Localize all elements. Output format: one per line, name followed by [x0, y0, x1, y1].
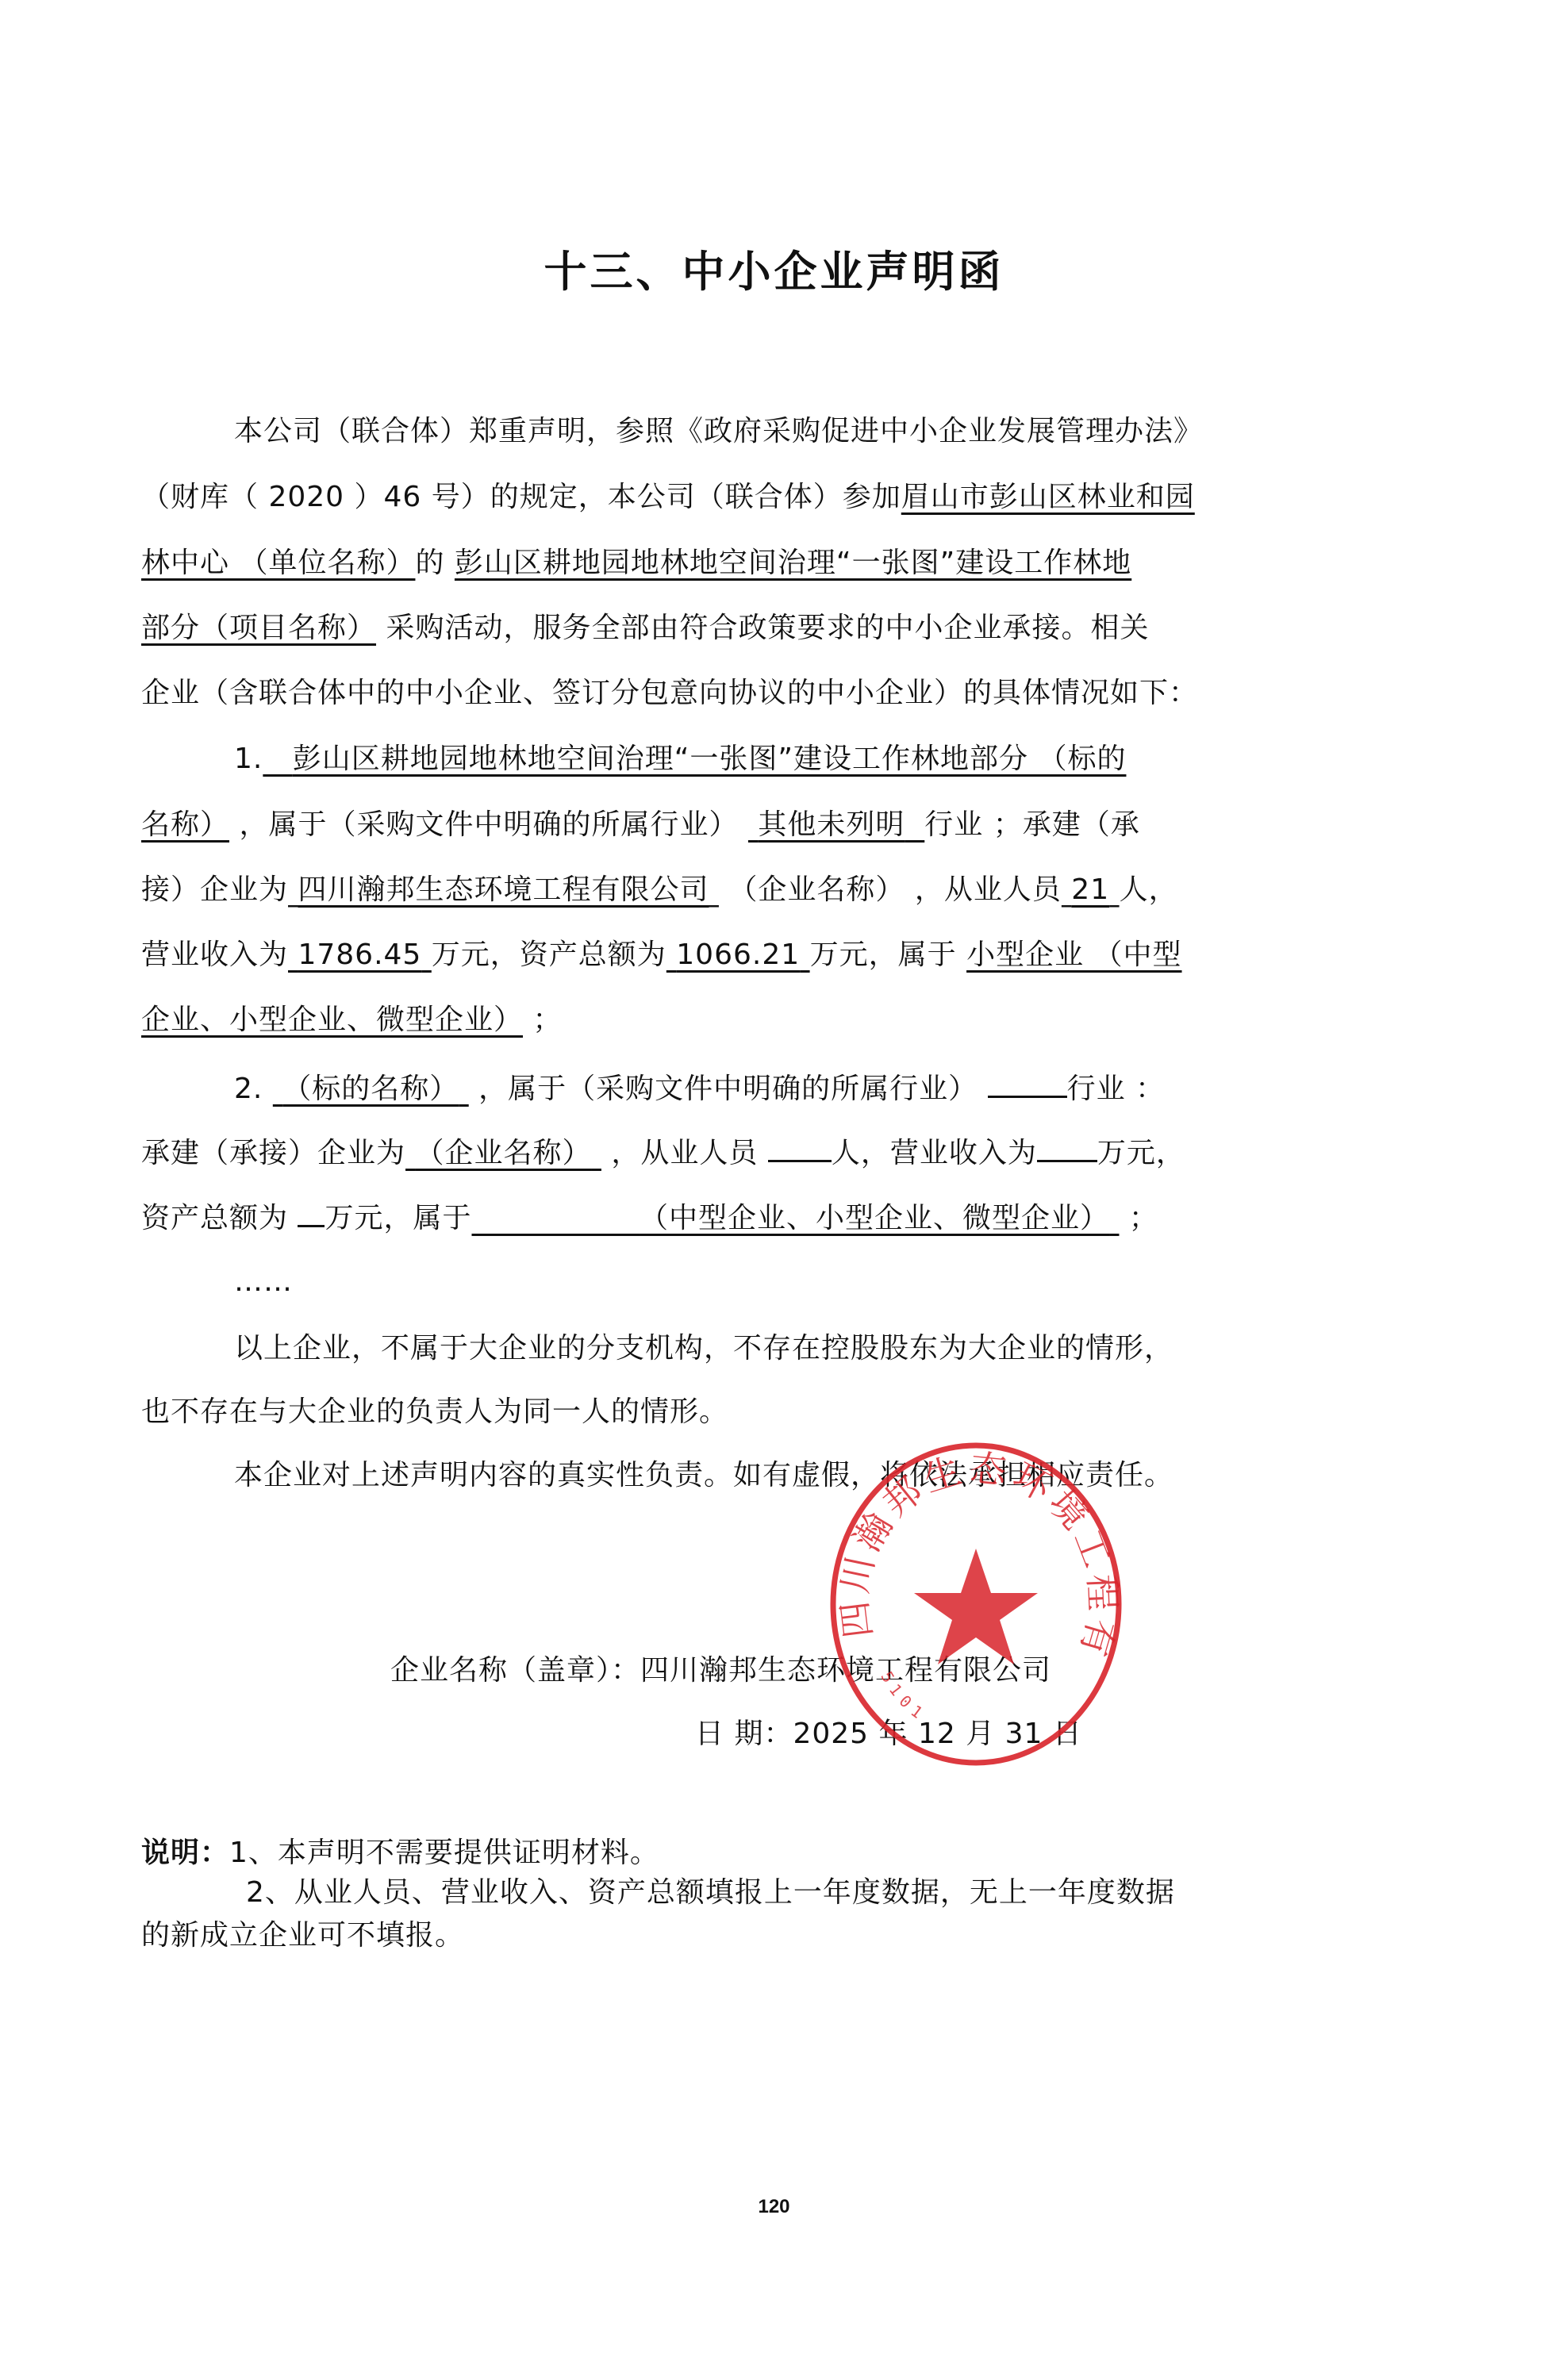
statement1-line-1: 以上企业，不属于大企业的分支机构，不存在控股股东为大企业的情形， — [234, 1330, 1268, 1368]
item2-text: ，从业人员 — [601, 1137, 768, 1169]
date-label: 日 期： — [695, 1718, 793, 1750]
date-value: 2025 年 12 月 31 日 — [793, 1718, 1081, 1750]
item2-subject-placeholder: （标的名称） — [273, 1073, 469, 1105]
intro-line-5: 企业（含联合体中的中小企业、签订分包意向协议的中小企业）的具体情况如下： — [141, 674, 1268, 712]
item2-text: 行业 ： — [1067, 1073, 1165, 1105]
item2-revenue-blank — [1037, 1131, 1097, 1162]
item1-industry-value: 其他未列明 — [758, 808, 905, 841]
project-name-part1: 彭山区耕地园地林地空间治理“一张图”建设工作林地 — [455, 547, 1131, 579]
item1-line-3: 接）企业为 四川瀚邦生态环境工程有限公司 （企业名称） ，从业人员 21 人， — [141, 871, 1268, 909]
item1-company-value: 四川瀚邦生态环境工程有限公司 — [298, 873, 709, 906]
project-name-part2: 部分（项目名称） — [141, 612, 376, 644]
intro-line-1: 本公司（联合体）郑重声明，参照《政府采购促进中小企业发展管理办法》 — [234, 413, 1268, 451]
item2-text: 万元， — [1097, 1137, 1185, 1169]
item1-text: 万元，属于 — [810, 939, 957, 971]
item1-revenue-value: 1786.45 — [298, 939, 421, 971]
note-2-line-2: 的新成立企业可不填报。 — [141, 1917, 1268, 1955]
intro-line-4: 部分（项目名称） 采购活动，服务全部由符合政策要求的中小企业承接。相关 — [141, 609, 1268, 647]
item2-industry-blank — [988, 1067, 1067, 1098]
purchaser-name-part1: 眉山市彭山区林业和园 — [901, 481, 1195, 513]
intro-text: （财库（ 2020 ）46 号）的规定，本公司（联合体）参加 — [141, 481, 901, 513]
item2-line-3: 资产总额为 万元，属于 （中型企业、小型企业、微型企业） ； — [141, 1196, 1268, 1238]
seal-star-icon — [914, 1549, 1038, 1664]
signature-line: 企业名称（盖章）：四川瀚邦生态环境工程有限公司 — [390, 1652, 1051, 1690]
item2-line-2: 承建（承接）企业为 （企业名称） ，从业人员 人，营业收入为万元， — [141, 1131, 1268, 1173]
item2-text: 承建（承接）企业为 — [141, 1137, 405, 1169]
item2-company-text: （企业名称） — [415, 1137, 591, 1169]
item1-text: 营业收入为 — [141, 939, 288, 971]
note-1-text: 1、本声明不需要提供证明材料。 — [229, 1837, 659, 1869]
item2-employees-blank — [768, 1131, 832, 1162]
item1-company: 四川瀚邦生态环境工程有限公司 — [288, 873, 719, 906]
item1-subject-name-end: 名称） — [141, 808, 229, 841]
intro-line-3: 林中心 （单位名称）的 彭山区耕地园地林地空间治理“一张图”建设工作林地 — [141, 544, 1268, 582]
item1-subject-text: 彭山区耕地园地林地空间治理“一张图”建设工作林地部分 （标的 — [293, 743, 1127, 775]
item2-text: ； — [1119, 1202, 1158, 1234]
signature-label: 企业名称（盖章）： — [390, 1654, 640, 1687]
date-line: 日 期：2025 年 12 月 31 日 — [695, 1715, 1082, 1753]
item2-subject-text: （标的名称） — [282, 1073, 459, 1105]
item1-line-1: 1. 彭山区耕地园地林地空间治理“一张图”建设工作林地部分 （标的 — [234, 740, 1268, 778]
statement2: 本企业对上述声明内容的真实性负责。如有虚假，将依法承担相应责任。 — [234, 1457, 1268, 1495]
item2-size-text: （中型企业、小型企业、微型企业） — [640, 1202, 1109, 1234]
item1-text: 万元，资产总额为 — [432, 939, 666, 971]
item1-subject-name: 彭山区耕地园地林地空间治理“一张图”建设工作林地部分 （标的 — [263, 743, 1126, 775]
statement1-line-2: 也不存在与大企业的负责人为同一人的情形。 — [141, 1393, 1268, 1431]
notes-label: 说明： — [141, 1837, 229, 1869]
item1-text: ； — [523, 1004, 562, 1036]
intro-line-2: （财库（ 2020 ）46 号）的规定，本公司（联合体）参加眉山市彭山区林业和园 — [141, 478, 1268, 516]
item2-assets-blank — [298, 1196, 325, 1227]
item1-line-5: 企业、小型企业、微型企业） ； — [141, 1001, 1268, 1039]
item1-industry: 其他未列明 — [748, 808, 924, 841]
ellipsis: …… — [234, 1263, 1268, 1301]
item1-size: 小型企业 （中型 — [966, 939, 1181, 971]
page-title: 十三、中小企业声明函 — [0, 238, 1548, 299]
item2-size-placeholder: （中型企业、小型企业、微型企业） — [471, 1202, 1119, 1234]
intro-text: 的 — [415, 547, 444, 579]
document-page: 十三、中小企业声明函 本公司（联合体）郑重声明，参照《政府采购促进中小企业发展管… — [0, 0, 1548, 2380]
note-1: 说明：1、本声明不需要提供证明材料。 — [141, 1834, 1268, 1872]
item1-employees-value: 21 — [1071, 873, 1109, 906]
item2-company-placeholder: （企业名称） — [405, 1137, 601, 1169]
item1-text: ，属于（采购文件中明确的所属行业） — [229, 808, 738, 841]
purchaser-name-part2: 林中心 （单位名称） — [141, 547, 415, 579]
item1-text: 接）企业为 — [141, 873, 288, 906]
item1-assets-value: 1066.21 — [676, 939, 800, 971]
signature-company: 四川瀚邦生态环境工程有限公司 — [640, 1654, 1051, 1687]
item2-text: 资产总额为 — [141, 1202, 298, 1234]
item1-size-options: 企业、小型企业、微型企业） — [141, 1004, 523, 1036]
item1-number: 1. — [234, 743, 263, 775]
item2-line-1: 2. （标的名称） ，属于（采购文件中明确的所属行业） 行业 ： — [234, 1067, 1268, 1108]
item2-text: 人，营业收入为 — [832, 1137, 1037, 1169]
item1-text: 人， — [1120, 873, 1178, 906]
note-2-line-1: 2、从业人员、营业收入、资产总额填报上一年度数据，无上一年度数据 — [246, 1874, 1373, 1912]
item2-number: 2. — [234, 1073, 263, 1105]
item1-text: 行业 ；承建（承 — [924, 808, 1139, 841]
item1-text: （企业名称） ，从业人员 — [728, 873, 1061, 906]
intro-text: 采购活动，服务全部由符合政策要求的中小企业承接。相关 — [376, 612, 1149, 644]
page-number: 120 — [0, 2196, 1548, 2218]
item1-revenue: 1786.45 — [288, 939, 432, 971]
item1-assets: 1066.21 — [666, 939, 810, 971]
item1-line-2: 名称） ，属于（采购文件中明确的所属行业） 其他未列明 行业 ；承建（承 — [141, 806, 1268, 844]
item1-employees: 21 — [1062, 873, 1120, 906]
item2-text: 万元，属于 — [325, 1202, 471, 1234]
item1-line-4: 营业收入为 1786.45 万元，资产总额为 1066.21 万元，属于 小型企… — [141, 936, 1268, 974]
item2-text: ，属于（采购文件中明确的所属行业） — [469, 1073, 978, 1105]
